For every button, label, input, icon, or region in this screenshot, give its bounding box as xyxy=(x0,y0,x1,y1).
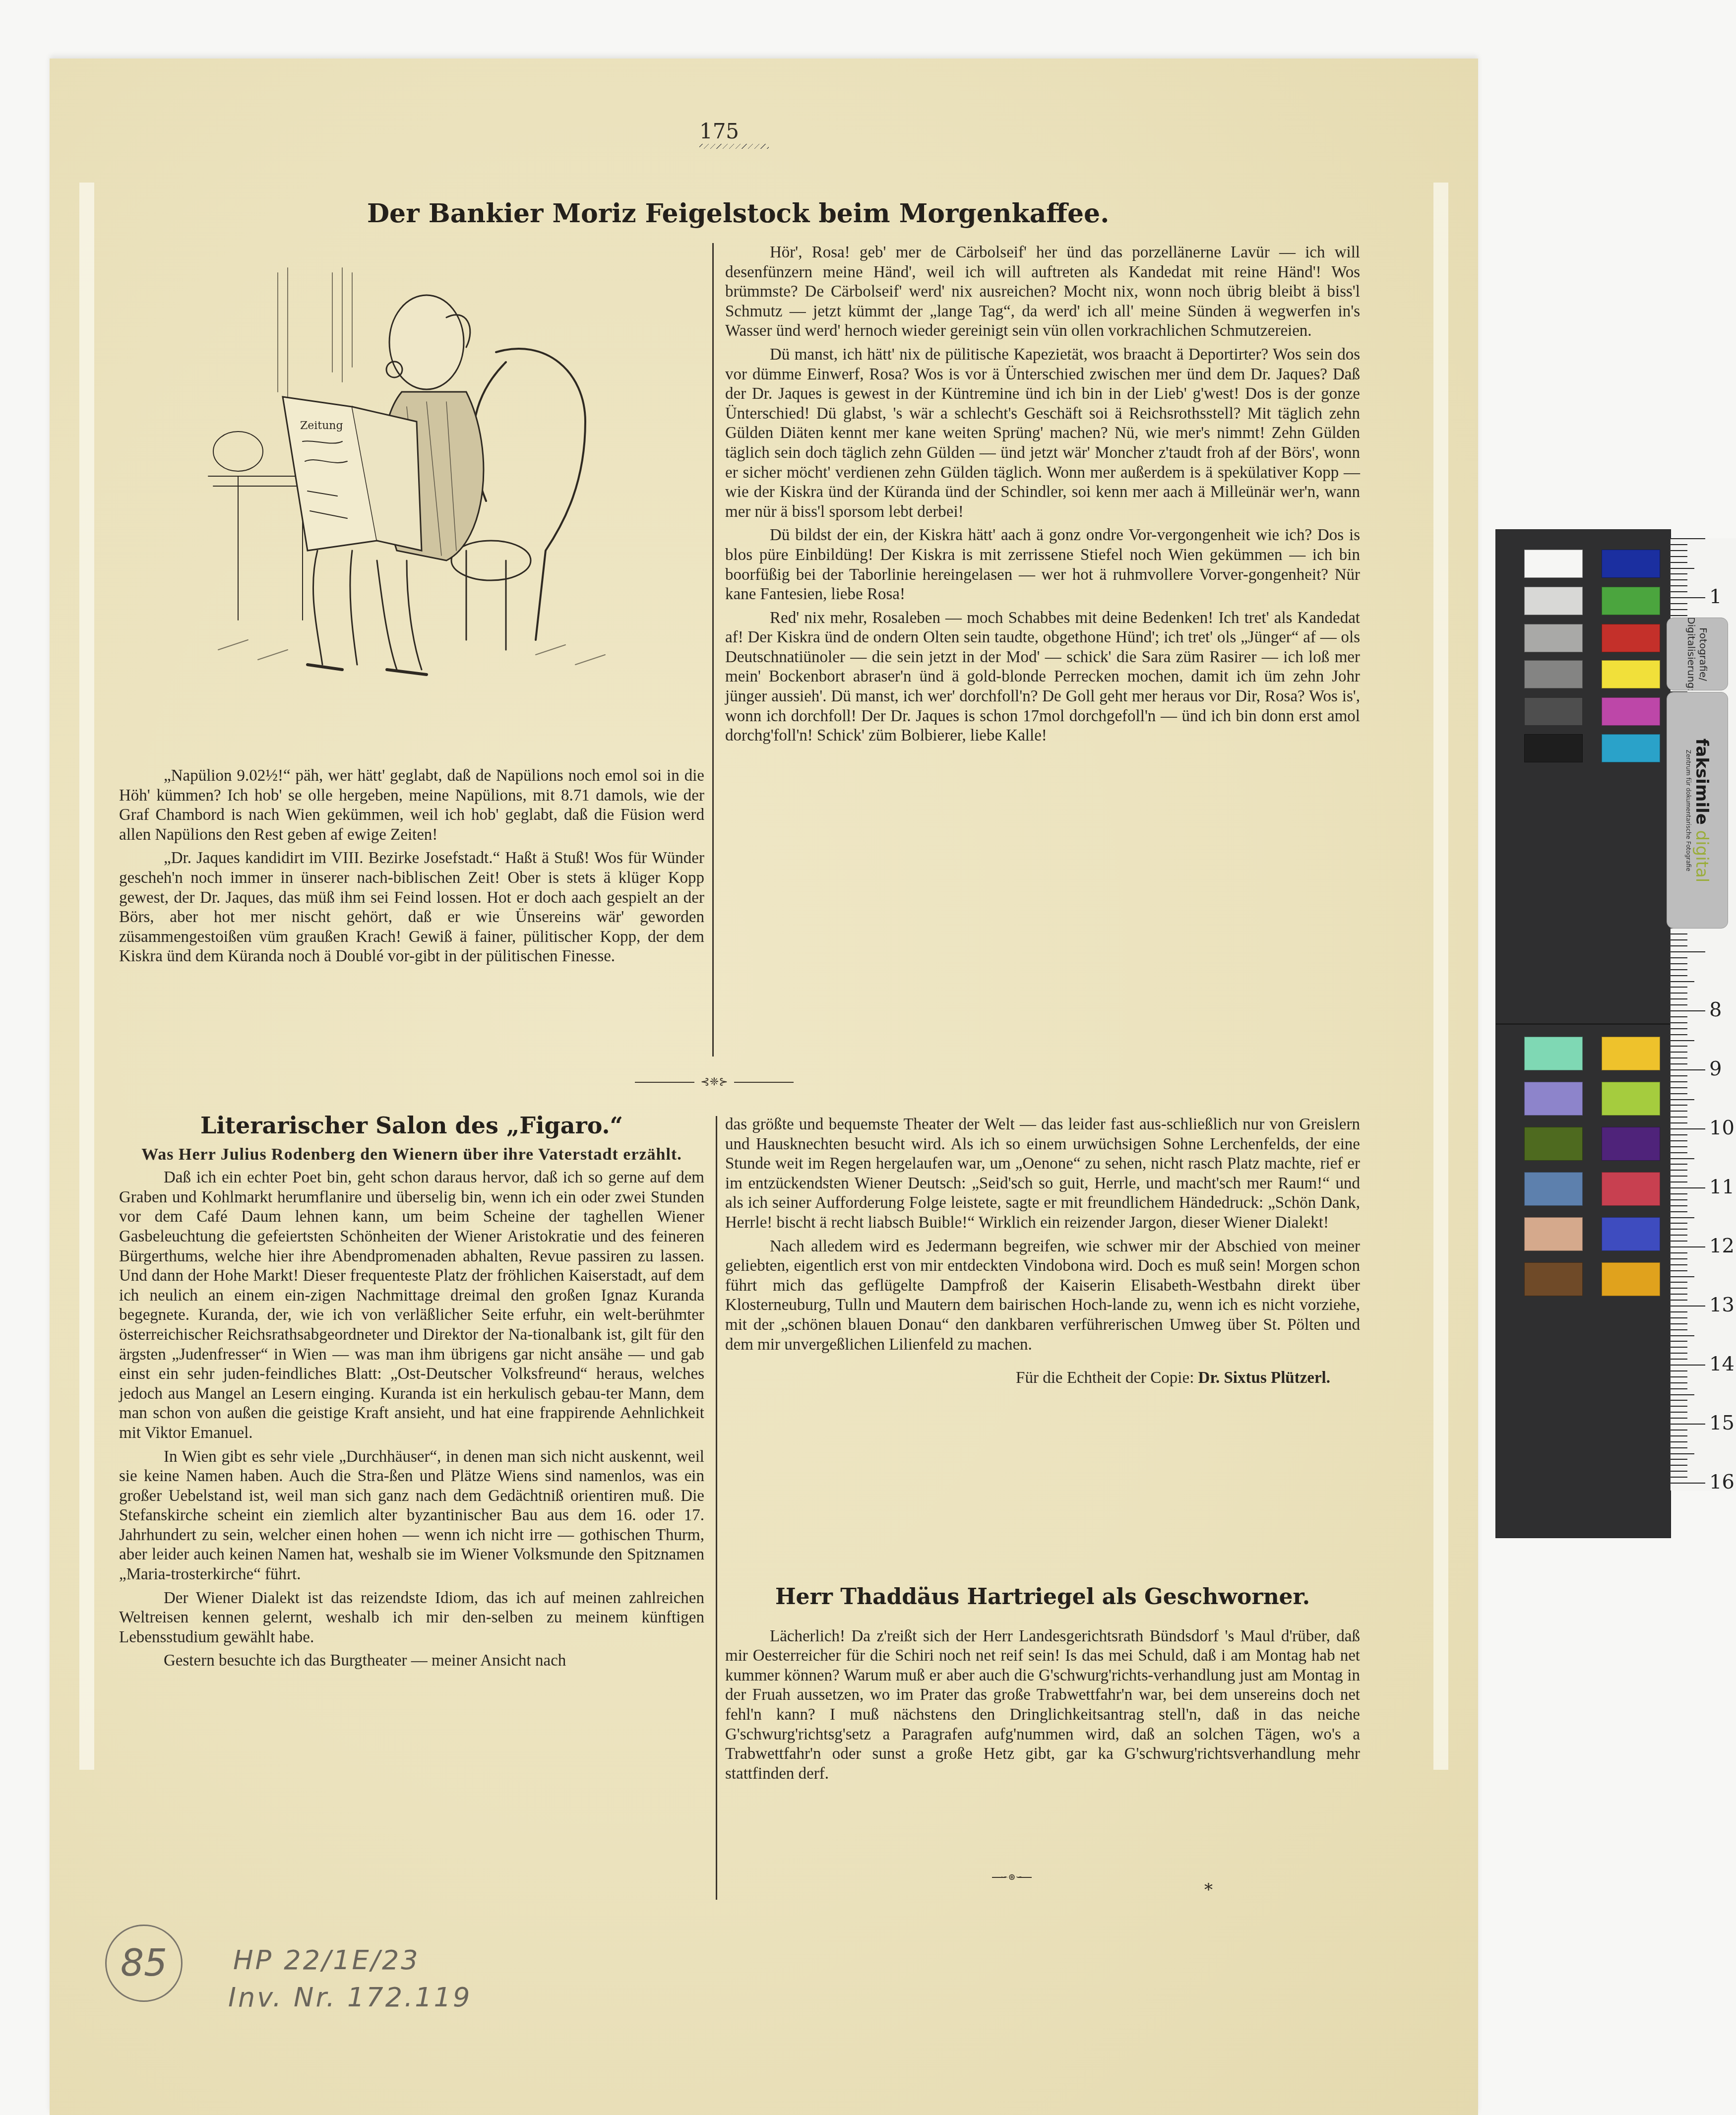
color-swatch xyxy=(1602,697,1660,726)
paragraph: Lächerlich! Da z'reißt sich der Herr Lan… xyxy=(725,1627,1360,1784)
divider-knot-icon: ⊰❈⊱ xyxy=(694,1077,734,1087)
ruler-number: 12 xyxy=(1709,1235,1736,1257)
color-swatch xyxy=(1602,1127,1660,1161)
ruler-tick xyxy=(1671,1105,1687,1106)
ruler-tick xyxy=(1671,1075,1687,1076)
tape-strip-right xyxy=(1433,183,1448,1770)
ruler-tick xyxy=(1671,1069,1705,1070)
ruler-tick xyxy=(1671,1306,1705,1306)
ruler-tick xyxy=(1671,1264,1687,1265)
ruler-number: 9 xyxy=(1709,1057,1736,1080)
ruler-tick xyxy=(1671,1341,1687,1342)
ruler-tick xyxy=(1671,951,1705,952)
ruler-tick xyxy=(1671,1111,1687,1112)
end-divider-ornament: ∽⊛∽ xyxy=(992,1872,1032,1882)
ruler-tick xyxy=(1671,585,1687,586)
ruler-tick xyxy=(1671,1388,1687,1389)
paragraph: „Napülion 9.02½!“ päh, wer hätt' geglabt… xyxy=(119,766,704,845)
paragraph: „Dr. Jaques kandidirt im VIII. Bezirke J… xyxy=(119,849,704,967)
ruler-tick xyxy=(1671,1117,1687,1118)
ruler-tick xyxy=(1671,1329,1687,1330)
paragraph: Gestern besuchte ich das Burgtheater — m… xyxy=(119,1651,704,1671)
shelfmark-annotation: HP 22/1E/23 xyxy=(233,1944,420,1976)
faksimile-subtitle: Zentrum für dokumentarische Fotografie xyxy=(1684,738,1693,882)
ruler-tick xyxy=(1671,1158,1694,1159)
ruler-number: 13 xyxy=(1709,1294,1736,1316)
ruler-tick xyxy=(1671,1199,1687,1200)
color-checker-card xyxy=(1495,529,1671,1538)
newspaper-label: Zeitung xyxy=(300,420,343,432)
ruler-tick xyxy=(1671,975,1687,976)
article2-left-column: Literarischer Salon des „Figaro.“ Was He… xyxy=(119,1116,704,1675)
ruler-tick xyxy=(1671,981,1694,982)
color-swatch xyxy=(1524,660,1583,688)
ruler-tick xyxy=(1671,1246,1705,1247)
ruler-tick xyxy=(1671,1276,1694,1277)
ruler-tick xyxy=(1671,1028,1687,1029)
label-fotografie-digitalisierung: Fotografie/ Digitalisierung: xyxy=(1667,618,1728,690)
ruler-tick xyxy=(1671,538,1705,539)
ruler-tick xyxy=(1671,1146,1687,1147)
ruler-tick xyxy=(1671,939,1687,940)
ruler-tick xyxy=(1671,1477,1687,1478)
ruler-tick xyxy=(1671,1323,1687,1324)
paragraph: Dü bildst der ein, der Kiskra hätt' aach… xyxy=(725,526,1360,604)
ruler-tick xyxy=(1671,1235,1687,1236)
paragraph: Hör', Rosa! geb' mer de Cärbolseif' her … xyxy=(725,243,1360,341)
ruler-number: 1 xyxy=(1709,585,1736,608)
paragraph: In Wien gibt es sehr viele „Durchhäuser“… xyxy=(119,1447,704,1585)
ruler-tick xyxy=(1671,1193,1687,1194)
ruler-tick xyxy=(1671,1365,1705,1366)
paragraph: Daß ich ein echter Poet bin, geht schon … xyxy=(119,1168,704,1443)
section-divider-ornament: ⊰❈⊱ xyxy=(635,1077,794,1087)
paragraph: Der Wiener Dialekt ist das reizendste Id… xyxy=(119,1589,704,1648)
ruler-number: 11 xyxy=(1709,1176,1736,1198)
ruler-tick xyxy=(1671,1317,1687,1318)
ruler-tick xyxy=(1671,1176,1687,1177)
ruler-tick xyxy=(1671,1453,1694,1454)
ruler-tick xyxy=(1671,1311,1687,1312)
ruler-tick xyxy=(1671,1187,1705,1188)
ruler-tick xyxy=(1671,1430,1687,1431)
ruler-tick xyxy=(1671,963,1687,964)
ruler-tick xyxy=(1671,1424,1705,1425)
color-swatch xyxy=(1602,1262,1660,1296)
color-swatch xyxy=(1602,734,1660,762)
color-swatch xyxy=(1524,1262,1583,1296)
ruler-tick xyxy=(1671,1182,1687,1182)
article-title-hartriegel: Herr Thaddäus Hartriegel als Geschworner… xyxy=(725,1587,1360,1607)
ruler-tick xyxy=(1671,1353,1687,1354)
inventory-annotation: Inv. Nr. 172.119 xyxy=(228,1982,472,2013)
ruler-tick xyxy=(1671,945,1687,946)
color-swatch xyxy=(1524,1037,1583,1070)
ruler-tick xyxy=(1671,1022,1687,1023)
color-swatch xyxy=(1602,660,1660,688)
article1-left-column: „Napülion 9.02½!“ päh, wer hätt' geglabt… xyxy=(119,766,704,971)
ruler-tick xyxy=(1671,993,1687,994)
ruler-tick xyxy=(1671,1034,1687,1035)
ruler-tick xyxy=(1671,1412,1687,1413)
ruler-tick xyxy=(1671,1010,1705,1011)
ruler-tick xyxy=(1671,1376,1687,1377)
brand-word-faksimile: faksimile xyxy=(1692,738,1712,824)
banker-illustration: Zeitung xyxy=(188,243,665,680)
ruler-tick xyxy=(1671,1223,1687,1224)
ruler-tick xyxy=(1671,1229,1687,1230)
asterisk-mark: * xyxy=(1204,1880,1213,1900)
divider-line-right xyxy=(1018,1877,1032,1878)
article-subtitle: Was Herr Julius Rodenberg den Wienern üb… xyxy=(119,1145,704,1165)
page-number-underline xyxy=(699,144,769,149)
ruler-tick xyxy=(1671,1205,1687,1206)
ruler-tick xyxy=(1671,1435,1687,1436)
color-swatch xyxy=(1602,624,1660,652)
color-swatch xyxy=(1602,1082,1660,1116)
ruler-tick xyxy=(1671,1418,1687,1419)
color-swatch xyxy=(1602,550,1660,578)
ruler-tick xyxy=(1671,1016,1687,1017)
brand-word-digital: digital xyxy=(1692,830,1712,882)
ruler-tick xyxy=(1671,544,1687,545)
divider-line-left xyxy=(635,1082,694,1083)
ruler-tick xyxy=(1671,1441,1687,1442)
color-swatch xyxy=(1524,624,1583,652)
ruler-tick xyxy=(1671,1471,1687,1472)
ruler-tick xyxy=(1671,1170,1687,1171)
ruler-tick xyxy=(1671,1347,1687,1348)
faksimile-brand: faksimile digital xyxy=(1693,738,1711,882)
ruler-tick xyxy=(1671,1400,1687,1401)
ruler-tick xyxy=(1671,603,1687,604)
paragraph: das größte und bequemste Theater der Wel… xyxy=(725,1115,1360,1233)
ruler-tick xyxy=(1671,933,1687,934)
label-line-1: Fotografie/ xyxy=(1697,618,1709,690)
ruler-tick xyxy=(1671,998,1687,999)
ruler-tick xyxy=(1671,1046,1687,1047)
ruler-number: 14 xyxy=(1709,1353,1736,1375)
ruler-tick xyxy=(1671,1211,1687,1212)
ruler-tick xyxy=(1671,609,1687,610)
ruler-tick xyxy=(1671,1335,1694,1336)
column-rule-lower xyxy=(716,1116,717,1900)
ruler-tick xyxy=(1671,969,1687,970)
ruler-tick xyxy=(1671,1040,1694,1041)
article1-right-column: Hör', Rosa! geb' mer de Cärbolseif' her … xyxy=(725,243,1360,750)
article-title-feigelstock: Der Bankier Moriz Feigelstock beim Morge… xyxy=(367,198,1061,229)
ruler-tick xyxy=(1671,1087,1687,1088)
ruler-tick xyxy=(1671,1252,1687,1253)
ruler-tick xyxy=(1671,573,1687,574)
label-faksimile-digital: faksimile digital Zentrum für dokumentar… xyxy=(1667,692,1728,929)
page-number: 175 xyxy=(694,119,744,143)
ruler-tick xyxy=(1671,1300,1687,1301)
ruler-tick xyxy=(1671,1258,1687,1259)
color-swatch xyxy=(1524,734,1583,762)
divider-line-right xyxy=(734,1082,794,1083)
faksimile-logo: faksimile digital Zentrum für dokumentar… xyxy=(1684,738,1711,882)
ruler-tick xyxy=(1671,1099,1694,1100)
ruler-tick xyxy=(1671,1057,1687,1058)
column-rule-upper xyxy=(712,243,714,1057)
article3-column: Herr Thaddäus Hartriegel als Geschworner… xyxy=(725,1587,1360,1788)
ruler-tick xyxy=(1671,1394,1694,1395)
paragraph: Red' nix mehr, Rosaleben — moch Schabbes… xyxy=(725,609,1360,746)
circled-number-annotation: 85 xyxy=(105,1925,183,2002)
color-swatch xyxy=(1602,1217,1660,1251)
color-swatch xyxy=(1602,1172,1660,1206)
ruler-tick xyxy=(1671,550,1687,551)
paragraph: Nach alledem wird es Jedermann begreifen… xyxy=(725,1237,1360,1355)
ruler-number: 8 xyxy=(1709,998,1736,1021)
ruler-tick xyxy=(1671,1288,1687,1289)
ruler-tick xyxy=(1671,987,1687,988)
ruler-tick xyxy=(1671,1140,1687,1141)
label-line-2: Digitalisierung: xyxy=(1685,618,1697,690)
checker-divider xyxy=(1496,1023,1671,1025)
ruler-tick xyxy=(1671,1294,1687,1295)
ruler-tick xyxy=(1671,1370,1687,1371)
ruler-tick xyxy=(1671,568,1694,569)
signature-prefix: Für die Echtheit der Copie: xyxy=(1016,1369,1194,1387)
ruler-tick xyxy=(1671,1465,1687,1466)
ruler-tick xyxy=(1671,615,1687,616)
ruler-tick xyxy=(1671,1382,1687,1383)
color-swatch xyxy=(1524,697,1583,726)
ruler-tick xyxy=(1671,957,1687,958)
color-swatch xyxy=(1524,550,1583,578)
ruler-tick xyxy=(1671,1164,1687,1165)
ruler-tick xyxy=(1671,1128,1705,1129)
ruler-tick xyxy=(1671,1063,1687,1064)
ruler-tick xyxy=(1671,1359,1687,1360)
label-text: Fotografie/ Digitalisierung: xyxy=(1685,618,1709,690)
ruler-tick xyxy=(1671,1241,1687,1242)
ruler-tick xyxy=(1671,1093,1687,1094)
ruler-tick xyxy=(1671,1152,1687,1153)
tape-strip-left xyxy=(79,183,94,1770)
signature-line: Für die Echtheit der Copie: Dr. Sixtus P… xyxy=(725,1369,1360,1388)
color-swatch xyxy=(1524,587,1583,615)
paragraph: Dü manst, ich hätt' nix de pülitische Ka… xyxy=(725,345,1360,522)
ruler-tick xyxy=(1671,579,1687,580)
color-swatch xyxy=(1602,1037,1660,1070)
ruler-tick xyxy=(1671,562,1687,563)
color-swatch xyxy=(1524,1172,1583,1206)
ruler-tick xyxy=(1671,1282,1687,1283)
ruler-tick xyxy=(1671,556,1687,557)
ruler-number: 15 xyxy=(1709,1412,1736,1434)
ruler-tick xyxy=(1671,1459,1687,1460)
signature-name: Dr. Sixtus Plützerl. xyxy=(1198,1369,1330,1387)
color-swatch xyxy=(1524,1082,1583,1116)
ruler-tick xyxy=(1671,597,1705,598)
ruler-tick xyxy=(1671,591,1687,592)
ruler-tick xyxy=(1671,1134,1687,1135)
ruler-tick xyxy=(1671,1052,1687,1053)
ruler-number: 10 xyxy=(1709,1117,1736,1139)
ruler-tick xyxy=(1671,1447,1687,1448)
color-swatch xyxy=(1602,587,1660,615)
ruler-tick xyxy=(1671,1122,1687,1123)
ruler-tick xyxy=(1671,1081,1687,1082)
ruler-tick xyxy=(1671,1483,1705,1484)
ruler-number: 16 xyxy=(1709,1471,1736,1493)
color-swatch xyxy=(1524,1217,1583,1251)
ruler-tick xyxy=(1671,1217,1694,1218)
ruler-tick xyxy=(1671,1004,1687,1005)
article-title-literarischer-salon: Literarischer Salon des „Figaro.“ xyxy=(119,1116,704,1136)
article2-right-column: das größte und bequemste Theater der Wel… xyxy=(725,1115,1360,1392)
ruler-tick xyxy=(1671,1270,1687,1271)
ruler-tick xyxy=(1671,1406,1687,1407)
color-swatch xyxy=(1524,1127,1583,1161)
